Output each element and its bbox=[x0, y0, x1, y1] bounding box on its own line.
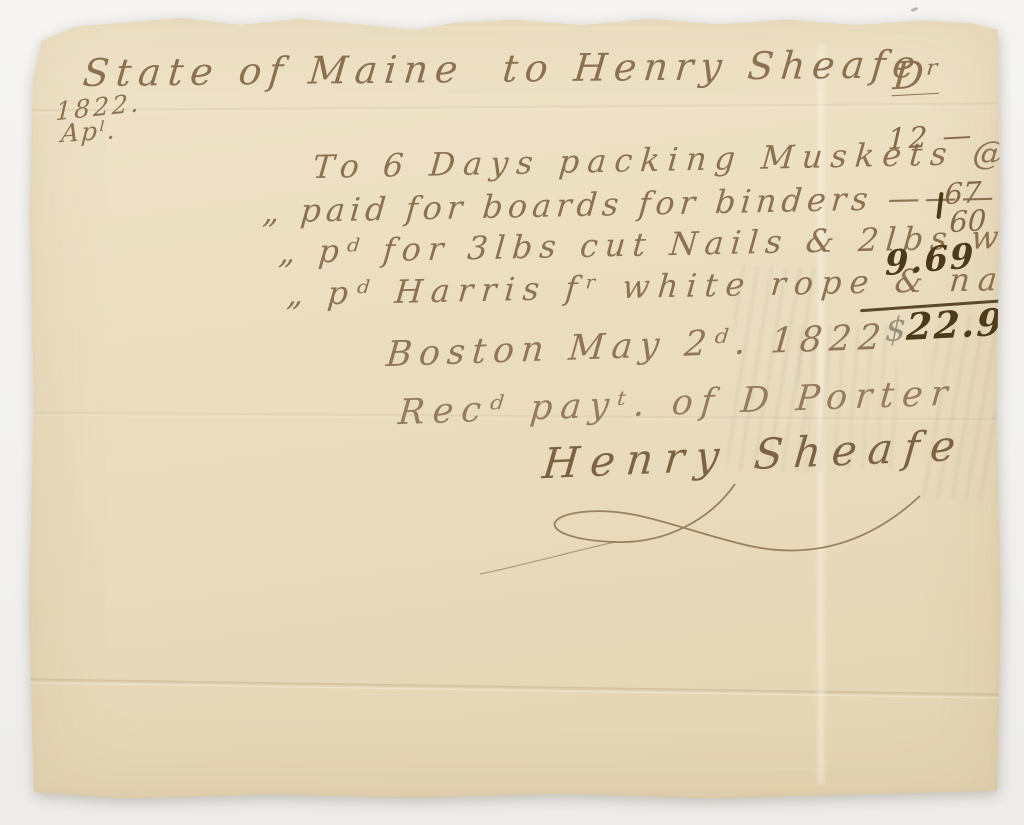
signature: Henry Sheafe bbox=[541, 423, 969, 488]
entry-amount: 9.69 bbox=[885, 238, 975, 283]
header-title: State of Maine to Henry Sheafe bbox=[81, 44, 924, 95]
debit-abbreviation: Dʳ bbox=[891, 54, 942, 99]
receipt-paper: State of Maine to Henry Sheafe Dʳ 1822. … bbox=[26, 14, 1002, 800]
fold-crease-bottom bbox=[22, 678, 1012, 699]
margin-month: Apˡ. bbox=[60, 116, 118, 148]
signature-flourish bbox=[320, 478, 960, 588]
total-amount: 22.96 bbox=[906, 298, 1024, 349]
ditto-mark: „ bbox=[285, 275, 313, 314]
photo-background: State of Maine to Henry Sheafe Dʳ 1822. … bbox=[0, 0, 1024, 825]
paper-shadow: State of Maine to Henry Sheafe Dʳ 1822. … bbox=[0, 0, 1024, 825]
